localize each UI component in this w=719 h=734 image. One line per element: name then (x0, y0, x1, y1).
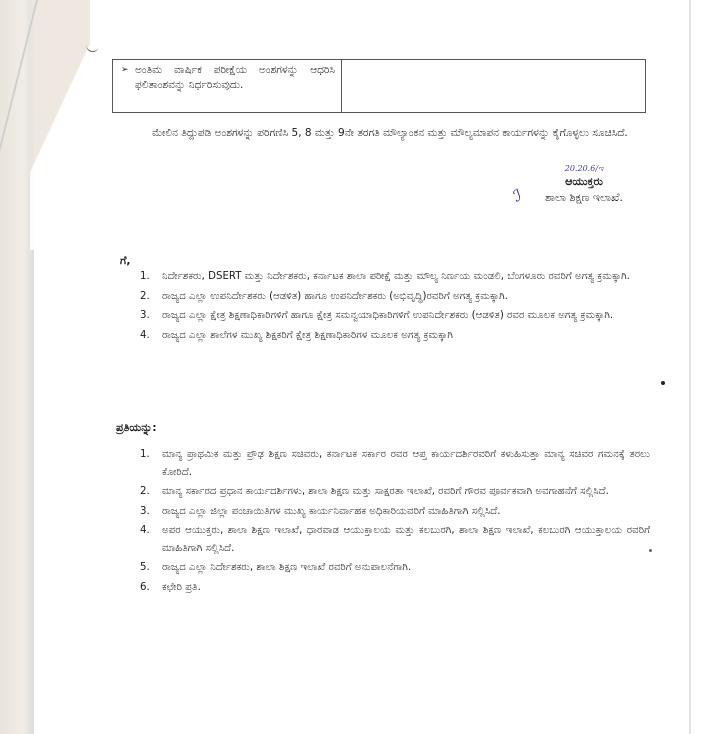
copy-to-list: 1.ಮಾನ್ಯ ಪ್ರಾಥಮಿಕ ಮತ್ತು ಪ್ರೌಢ ಶಿಕ್ಷಣ ಸಚಿವ… (140, 446, 650, 598)
criteria-table-cell-left: ➢ ಅಂತಿಮ ವಾರ್ಷಿಕ ಪರೀಕ್ಷೆಯ ಅಂಶಗಳನ್ನು ಆಧರಿಸ… (113, 60, 342, 112)
list-item: 3.ರಾಜ್ಯದ ಎಲ್ಲಾ ಜಿಲ್ಲಾ ಪಂಚಾಯಿತಿಗಳ ಮುಖ್ಯ ಕ… (140, 503, 650, 521)
list-text: ರಾಜ್ಯದ ಎಲ್ಲಾ ಉಪನಿರ್ದೇಶಕರು (ಆಡಳಿತ) ಹಾಗೂ ಉ… (162, 288, 650, 306)
list-text: ನಿರ್ದೇಶಕರು, DSERT ಮತ್ತು ನಿರ್ದೇಶಕರು, ಕರ್ನ… (162, 268, 650, 286)
instruction-paragraph: ಮೇಲಿನ ತಿದ್ದುಪಡಿ ಅಂಶಗಳನ್ನು ಪರಿಗಣಿಸಿ 5, 8 … (116, 123, 646, 143)
photo-background-left (0, 0, 34, 734)
list-item: 4.ರಾಜ್ಯದ ಎಲ್ಲಾ ಶಾಲೆಗಳ ಮುಖ್ಯ ಶಿಕ್ಷಕರಿಗೆ ಕ… (140, 327, 650, 345)
list-number: 1. (140, 446, 162, 481)
list-number: 2. (140, 483, 162, 501)
list-text: ರಾಜ್ಯದ ಎಲ್ಲಾ ಶಾಲೆಗಳ ಮುಖ್ಯ ಶಿಕ್ಷಕರಿಗೆ ಕ್ಷ… (162, 327, 650, 345)
signature-block: 20.20.6/ಇ ಆಯುಕ್ತರು ℐ ಶಾಲಾ ಶಿಕ್ಷಣ ಇಲಾಖೆ. (504, 164, 664, 206)
list-number: 4. (140, 327, 162, 345)
list-item: 1.ಮಾನ್ಯ ಪ್ರಾಥಮಿಕ ಮತ್ತು ಪ್ರೌಢ ಶಿಕ್ಷಣ ಸಚಿವ… (140, 446, 650, 481)
criteria-table: ➢ ಅಂತಿಮ ವಾರ್ಷಿಕ ಪರೀಕ್ಷೆಯ ಅಂಶಗಳನ್ನು ಆಧರಿಸ… (112, 59, 646, 113)
list-number: 5. (140, 559, 162, 577)
handwritten-date: 20.20.6/ಇ (504, 164, 664, 174)
list-item: 4.ಅಪರ ಆಯುಕ್ತರು, ಶಾಲಾ ಶಿಕ್ಷಣ ಇಲಾಖೆ, ಧಾರವಾ… (140, 522, 650, 557)
department-name: ಶಾಲಾ ಶಿಕ್ಷಣ ಇಲಾಖೆ. (545, 191, 623, 204)
signatory-title: ಆಯುಕ್ತರು (504, 174, 664, 190)
list-item: 2.ರಾಜ್ಯದ ಎಲ್ಲಾ ಉಪನಿರ್ದೇಶಕರು (ಆಡಳಿತ) ಹಾಗೂ… (140, 288, 650, 306)
signatory-department: ℐ ಶಾಲಾ ಶಿಕ್ಷಣ ಇಲಾಖೆ. (504, 190, 664, 206)
list-text: ಮಾನ್ಯ ಪ್ರಾಥಮಿಕ ಮತ್ತು ಪ್ರೌಢ ಶಿಕ್ಷಣ ಸಚಿವರು… (162, 446, 650, 481)
list-number: 3. (140, 503, 162, 521)
signature-scribble-icon: ℐ (511, 187, 524, 205)
to-heading: ಗೆ, (120, 254, 131, 268)
list-item: 5.ರಾಜ್ಯದ ಎಲ್ಲಾ ನಿರ್ದೇಶಕರು, ಶಾಲಾ ಶಿಕ್ಷಣ ಇ… (140, 559, 650, 577)
list-item: 2.ಮಾನ್ಯ ಸರ್ಕಾರದ ಪ್ರಧಾನ ಕಾರ್ಯದರ್ಶಿಗಳು, ಶಾ… (140, 483, 650, 501)
list-item: 1.ನಿರ್ದೇಶಕರು, DSERT ಮತ್ತು ನಿರ್ದೇಶಕರು, ಕರ… (140, 268, 650, 286)
list-number: 2. (140, 288, 162, 306)
ink-speck (661, 381, 665, 385)
list-number: 4. (140, 522, 162, 557)
list-item: 6.ಕಛೇರಿ ಪ್ರತಿ. (140, 579, 650, 597)
ink-speck (649, 549, 652, 552)
photo-background-right (689, 0, 719, 734)
list-number: 6. (140, 579, 162, 597)
criteria-table-cell-right (342, 60, 645, 112)
list-number: 3. (140, 307, 162, 325)
arrow-bullet-icon: ➢ (121, 63, 135, 110)
document-page: ➢ ಅಂತಿಮ ವಾರ್ಷಿಕ ಪರೀಕ್ಷೆಯ ಅಂಶಗಳನ್ನು ಆಧರಿಸ… (34, 0, 690, 734)
list-text: ಮಾನ್ಯ ಸರ್ಕಾರದ ಪ್ರಧಾನ ಕಾರ್ಯದರ್ಶಿಗಳು, ಶಾಲಾ… (162, 483, 650, 501)
list-number: 1. (140, 268, 162, 286)
list-text: ರಾಜ್ಯದ ಎಲ್ಲಾ ಜಿಲ್ಲಾ ಪಂಚಾಯಿತಿಗಳ ಮುಖ್ಯ ಕಾರ… (162, 503, 650, 521)
list-text: ರಾಜ್ಯದ ಎಲ್ಲಾ ನಿರ್ದೇಶಕರು, ಶಾಲಾ ಶಿಕ್ಷಣ ಇಲಾ… (162, 559, 650, 577)
recipient-list: 1.ನಿರ್ದೇಶಕರು, DSERT ಮತ್ತು ನಿರ್ದೇಶಕರು, ಕರ… (140, 268, 650, 346)
criteria-text: ಅಂತಿಮ ವಾರ್ಷಿಕ ಪರೀಕ್ಷೆಯ ಅಂಶಗಳನ್ನು ಆಧರಿಸಿ … (135, 63, 335, 110)
list-text: ರಾಜ್ಯದ ಎಲ್ಲಾ ಕ್ಷೇತ್ರ ಶಿಕ್ಷಣಾಧಿಕಾರಿಗಳಿಗೆ … (162, 307, 650, 325)
cc-heading: ಪ್ರತಿಯನ್ನು: (116, 421, 157, 435)
list-text: ಕಛೇರಿ ಪ್ರತಿ. (162, 579, 650, 597)
list-item: 3.ರಾಜ್ಯದ ಎಲ್ಲಾ ಕ್ಷೇತ್ರ ಶಿಕ್ಷಣಾಧಿಕಾರಿಗಳಿಗ… (140, 307, 650, 325)
list-text: ಅಪರ ಆಯುಕ್ತರು, ಶಾಲಾ ಶಿಕ್ಷಣ ಇಲಾಖೆ, ಧಾರವಾಡ … (162, 522, 650, 557)
